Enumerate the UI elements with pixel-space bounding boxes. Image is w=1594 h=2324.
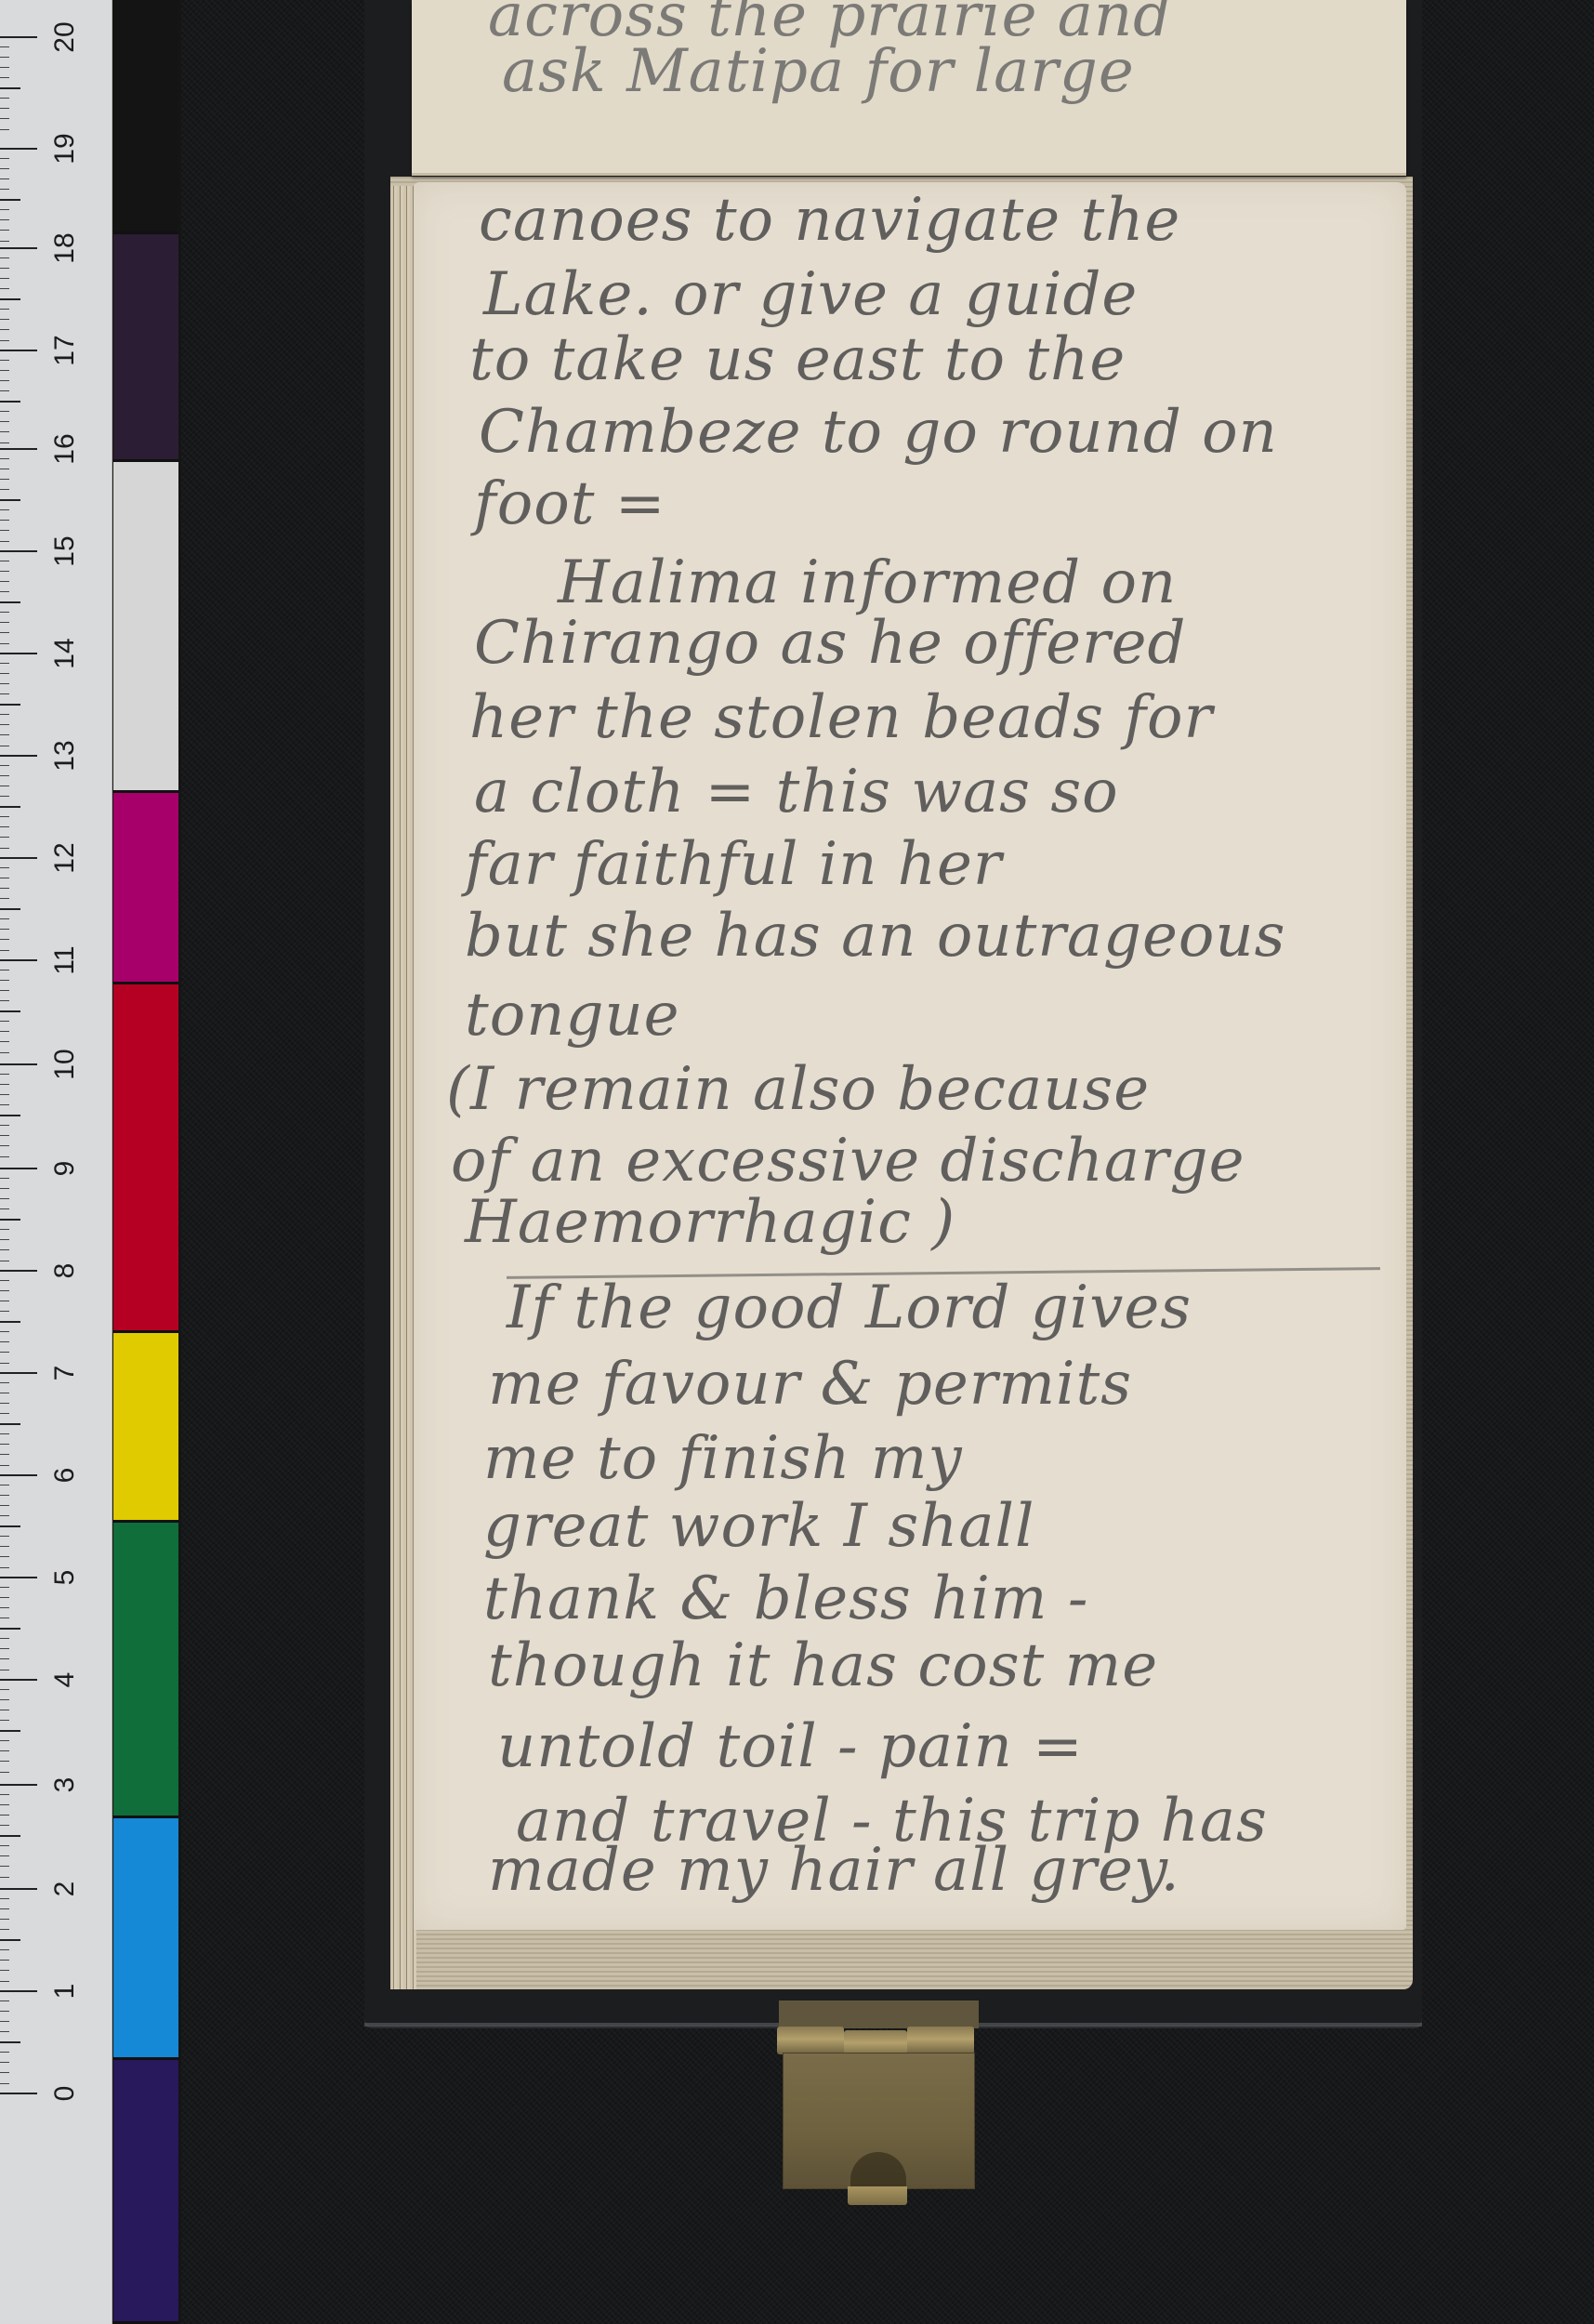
- ruler-mm-tick: [0, 1156, 9, 1157]
- ruler-mm-tick: [0, 1444, 9, 1445]
- ruler-half-tick: [0, 806, 20, 808]
- ruler-mm-tick: [0, 765, 9, 766]
- ruler-mm-tick: [0, 1000, 9, 1001]
- ruler-major-tick: [0, 2093, 37, 2094]
- ruler-mm-tick: [0, 241, 9, 242]
- ruler-mm-tick: [0, 1505, 9, 1506]
- ruler-mm-tick: [0, 2021, 9, 2022]
- ruler-major-tick: [0, 550, 37, 552]
- ruler-major-tick: [0, 1577, 37, 1578]
- ruler-mm-tick: [0, 1403, 9, 1404]
- handwritten-line: far faithful in her: [465, 830, 1002, 899]
- ruler-mm-tick: [0, 663, 9, 664]
- ruler-mm-tick: [0, 746, 9, 746]
- ruler-major-tick: [0, 755, 37, 757]
- ruler-mm-tick: [0, 970, 9, 971]
- ruler-mm-tick: [0, 734, 9, 735]
- ruler-mm-tick: [0, 541, 9, 542]
- ruler-major-tick: [0, 148, 37, 150]
- ruler-mm-tick: [0, 168, 9, 169]
- ruler-mm-tick: [0, 1208, 9, 1209]
- ruler-mm-tick: [0, 950, 9, 951]
- ruler-mm-tick: [0, 1898, 9, 1899]
- ruler-mm-tick: [0, 837, 9, 838]
- ruler-mm-tick: [0, 1104, 9, 1105]
- ruler-mm-tick: [0, 1740, 9, 1741]
- ruler-half-tick: [0, 1010, 20, 1012]
- ruler-half-tick: [0, 601, 20, 603]
- ruler-mm-tick: [0, 622, 9, 623]
- ruler-mm-tick: [0, 230, 9, 231]
- ruler-mm-tick: [0, 1465, 9, 1466]
- ruler-mm-tick: [0, 2072, 9, 2073]
- ruler-mm-tick: [0, 1720, 9, 1721]
- ruler-mm-tick: [0, 108, 9, 109]
- color-swatch-green: [113, 1523, 178, 1818]
- handwritten-line: to take us east to the: [469, 325, 1126, 394]
- ruler-major-tick: [0, 1270, 37, 1272]
- ruler-major-tick: [0, 653, 37, 654]
- ruler-major-tick: [0, 1474, 37, 1476]
- ruler-mm-tick: [0, 643, 9, 644]
- ruler-mm-tick: [0, 268, 9, 269]
- ruler-mm-tick: [0, 1567, 9, 1568]
- ruler-mm-tick: [0, 288, 9, 289]
- ruler-mm-tick: [0, 257, 9, 258]
- ruler-mm-tick: [0, 2031, 9, 2032]
- ruler-half-tick: [0, 87, 20, 89]
- ruler-mm-tick: [0, 683, 9, 684]
- ruler-mm-tick: [0, 209, 9, 210]
- ruler-mm-tick: [0, 411, 9, 412]
- ruler-mm-tick: [0, 1587, 9, 1588]
- ruler-major-tick: [0, 1063, 37, 1065]
- ruler-major-tick: [0, 1679, 37, 1681]
- page-stack-left-edges: [390, 186, 416, 1989]
- ruler-mm-tick: [0, 1804, 9, 1805]
- ruler-mm-tick: [0, 530, 9, 531]
- ruler-major-tick: [0, 247, 37, 249]
- previous-page-handwritten-line: ask Matipa for large: [502, 37, 1135, 106]
- ruler-cm-label: 14: [46, 635, 84, 672]
- ruler-half-tick: [0, 298, 20, 300]
- ruler-mm-tick: [0, 1597, 9, 1598]
- handwritten-line: If the good Lord gives: [507, 1274, 1192, 1342]
- ruler-cm-label: 17: [46, 332, 84, 369]
- ruler-mm-tick: [0, 1845, 9, 1846]
- ruler-half-tick: [0, 1219, 20, 1221]
- handwritten-line: her the stolen beads for: [469, 683, 1213, 752]
- ruler-major-tick: [0, 350, 37, 351]
- ruler-cm-label: 15: [46, 533, 84, 570]
- ruler-mm-tick: [0, 1331, 9, 1332]
- ruler-mm-tick: [0, 178, 9, 179]
- handwritten-line: me favour & permits: [488, 1350, 1132, 1419]
- ruler-half-tick: [0, 1939, 20, 1941]
- ruler-mm-tick: [0, 898, 9, 899]
- color-swatch-violet: [113, 2060, 178, 2324]
- ruler-mm-tick: [0, 1710, 9, 1710]
- ruler-mm-tick: [0, 329, 9, 330]
- ruler-mm-tick: [0, 98, 9, 99]
- ruler-mm-tick: [0, 380, 9, 381]
- ruler-mm-tick: [0, 1648, 9, 1649]
- ruler-mm-tick: [0, 1515, 9, 1516]
- ruler-mm-tick: [0, 724, 9, 725]
- ruler-mm-tick: [0, 1919, 9, 1920]
- ruler-mm-tick: [0, 57, 9, 58]
- handwritten-line: but she has an outrageous: [465, 902, 1285, 971]
- ruler-half-tick: [0, 1321, 20, 1323]
- color-swatch-white: [113, 462, 178, 793]
- ruler-mm-tick: [0, 1229, 9, 1230]
- ruler-mm-tick: [0, 1145, 9, 1146]
- ruler-mm-tick: [0, 46, 9, 47]
- ruler-mm-tick: [0, 632, 9, 633]
- ruler-cm-label: 2: [46, 1870, 84, 1908]
- ruler-mm-tick: [0, 390, 9, 391]
- ruler-half-tick: [0, 1628, 20, 1630]
- color-swatch-cyan: [113, 1818, 178, 2060]
- ruler-mm-tick: [0, 918, 9, 919]
- handwritten-line: of an excessive discharge: [451, 1127, 1245, 1195]
- ruler-mm-tick: [0, 796, 9, 797]
- ruler-half-tick: [0, 401, 20, 403]
- ruler-cm-label: 20: [46, 19, 84, 56]
- ruler-mm-tick: [0, 1074, 9, 1075]
- ruler-mm-tick: [0, 1607, 9, 1608]
- ruler-mm-tick: [0, 2052, 9, 2053]
- ruler-mm-tick: [0, 1970, 9, 1971]
- ruler-mm-tick: [0, 1352, 9, 1353]
- ruler-half-tick: [0, 1730, 20, 1732]
- ruler-mm-tick: [0, 888, 9, 889]
- ruler-mm-tick: [0, 1750, 9, 1751]
- ruler-mm-tick: [0, 867, 9, 868]
- ruler-major-tick: [0, 36, 37, 38]
- ruler-mm-tick: [0, 980, 9, 981]
- ruler-mm-tick: [0, 1699, 9, 1700]
- ruler-half-tick: [0, 1423, 20, 1425]
- ruler-mm-tick: [0, 561, 9, 561]
- ruler-mm-tick: [0, 509, 9, 510]
- handwritten-line: Haemorrhagic ): [465, 1188, 955, 1257]
- ruler-cm-label: 10: [46, 1046, 84, 1083]
- ruler-mm-tick: [0, 1382, 9, 1383]
- ruler-mm-tick: [0, 1866, 9, 1867]
- ruler-mm-tick: [0, 1041, 9, 1042]
- ruler-mm-tick: [0, 278, 9, 279]
- ruler-mm-tick: [0, 786, 9, 786]
- handwritten-line: thank & bless him -: [483, 1565, 1088, 1633]
- handwritten-line: Halima informed on: [558, 548, 1177, 617]
- ruler-cm-label: 6: [46, 1457, 84, 1494]
- ruler-half-tick: [0, 2041, 20, 2043]
- ruler-mm-tick: [0, 929, 9, 930]
- ruler-mm-tick: [0, 1363, 9, 1364]
- ruler-cm-label: 12: [46, 839, 84, 877]
- ruler-mm-tick: [0, 431, 9, 432]
- ruler-mm-tick: [0, 479, 9, 480]
- ruler-mm-tick: [0, 1198, 9, 1199]
- ruler-cm-label: 11: [46, 942, 84, 979]
- handwritten-line: Chirango as he offered: [474, 609, 1186, 678]
- ruler-half-tick: [0, 704, 20, 706]
- ruler-mm-tick: [0, 1280, 9, 1281]
- ruler-mm-tick: [0, 129, 9, 130]
- ruler-mm-tick: [0, 489, 9, 490]
- ruler-cm-label: 16: [46, 430, 84, 468]
- handwritten-line: me to finish my: [483, 1424, 963, 1493]
- handwritten-line: Lake. or give a guide: [483, 260, 1138, 329]
- handwritten-line: tongue: [465, 981, 680, 1050]
- ruler-mm-tick: [0, 1949, 9, 1950]
- ruler-mm-tick: [0, 1960, 9, 1961]
- ruler-mm-tick: [0, 370, 9, 371]
- ruler-mm-tick: [0, 581, 9, 582]
- ruler-major-tick: [0, 1168, 37, 1169]
- clasp-hinge-left: [777, 2027, 844, 2054]
- handwritten-line: foot =: [474, 469, 665, 538]
- ruler-mm-tick: [0, 469, 9, 469]
- ruler-cm-label: 18: [46, 230, 84, 267]
- ruler-mm-tick: [0, 1413, 9, 1414]
- ruler-mm-tick: [0, 571, 9, 572]
- ruler-mm-tick: [0, 1638, 9, 1639]
- handwritten-line: a cloth = this was so: [474, 758, 1119, 826]
- ruler-mm-tick: [0, 2062, 9, 2063]
- ruler-mm-tick: [0, 1670, 9, 1670]
- ruler-mm-tick: [0, 1125, 9, 1126]
- ruler-mm-tick: [0, 1135, 9, 1136]
- ruler-mm-tick: [0, 2011, 9, 2012]
- ruler-mm-tick: [0, 1249, 9, 1250]
- ruler-half-tick: [0, 499, 20, 501]
- ruler-mm-tick: [0, 1761, 9, 1762]
- ruler-mm-tick: [0, 1188, 9, 1189]
- ruler-major-tick: [0, 1888, 37, 1890]
- ruler-cm-label: 13: [46, 737, 84, 774]
- ruler-mm-tick: [0, 458, 9, 459]
- handwritten-line: though it has cost me: [488, 1631, 1158, 1700]
- ruler-mm-tick: [0, 520, 9, 521]
- ruler-mm-tick: [0, 1021, 9, 1022]
- ruler-mm-tick: [0, 1815, 9, 1816]
- ruler-mm-tick: [0, 816, 9, 817]
- ruler-major-tick: [0, 1372, 37, 1374]
- clasp-base: [779, 2000, 979, 2028]
- ruler-cm-label: 19: [46, 130, 84, 167]
- ruler-mm-tick: [0, 1794, 9, 1795]
- ruler-mm-tick: [0, 360, 9, 361]
- ruler-mm-tick: [0, 158, 9, 159]
- ruler-mm-tick: [0, 1772, 9, 1773]
- ruler-mm-tick: [0, 848, 9, 849]
- ruler-mm-tick: [0, 77, 9, 78]
- ruler-mm-tick: [0, 1536, 9, 1537]
- ruler-mm-tick: [0, 1825, 9, 1826]
- ruler-mm-tick: [0, 2083, 9, 2084]
- ruler-mm-tick: [0, 1658, 9, 1659]
- ruler-mm-tick: [0, 1546, 9, 1547]
- ruler-mm-tick: [0, 878, 9, 878]
- color-swatch-black: [113, 0, 178, 234]
- ruler-cm-label: 5: [46, 1559, 84, 1596]
- ruler-mm-tick: [0, 1341, 9, 1342]
- ruler-mm-tick: [0, 1454, 9, 1455]
- color-swatch-dark-purple: [113, 234, 178, 462]
- ruler-mm-tick: [0, 693, 9, 694]
- ruler-mm-tick: [0, 1239, 9, 1240]
- ruler-mm-tick: [0, 421, 9, 422]
- ruler-mm-tick: [0, 1485, 9, 1486]
- ruler-mm-tick: [0, 219, 9, 220]
- ruler-mm-tick: [0, 1031, 9, 1032]
- ruler-cm-label: 0: [46, 2075, 84, 2112]
- ruler-cm-label: 9: [46, 1150, 84, 1187]
- ruler-half-tick: [0, 908, 20, 910]
- ruler-mm-tick: [0, 1393, 9, 1393]
- handwritten-line: canoes to navigate the: [479, 186, 1180, 255]
- ruler-half-tick: [0, 1115, 20, 1116]
- clasp-hinge-right: [907, 2027, 974, 2054]
- ruler-cm-label: 8: [46, 1252, 84, 1289]
- ruler-mm-tick: [0, 990, 9, 991]
- ruler-mm-tick: [0, 1908, 9, 1909]
- ruler-mm-tick: [0, 673, 9, 674]
- ruler-mm-tick: [0, 612, 9, 613]
- ruler-mm-tick: [0, 591, 9, 592]
- ruler-mm-tick: [0, 67, 9, 68]
- ruler-mm-tick: [0, 1877, 9, 1878]
- ruler-cm-label: 1: [46, 1973, 84, 2010]
- ruler-cm-label: 7: [46, 1354, 84, 1392]
- handwritten-line: made my hair all grey.: [488, 1836, 1180, 1905]
- scale-ruler: 20191817161514131211109876543210: [0, 0, 112, 2324]
- ruler-mm-tick: [0, 1981, 9, 1982]
- ruler-mm-tick: [0, 1855, 9, 1856]
- ruler-major-tick: [0, 959, 37, 961]
- ruler-mm-tick: [0, 2000, 9, 2001]
- ruler-half-tick: [0, 1835, 20, 1837]
- handwritten-line: Chambeze to go round on: [479, 398, 1278, 467]
- ruler-major-tick: [0, 857, 37, 859]
- ruler-mm-tick: [0, 1495, 9, 1496]
- ruler-mm-tick: [0, 1178, 9, 1179]
- ruler-mm-tick: [0, 939, 9, 940]
- ruler-mm-tick: [0, 1261, 9, 1261]
- ruler-mm-tick: [0, 1084, 9, 1085]
- ruler-half-tick: [0, 1525, 20, 1527]
- handwritten-line: untold toil - pain =: [497, 1712, 1084, 1781]
- ruler-mm-tick: [0, 1618, 9, 1618]
- ruler-major-tick: [0, 1784, 37, 1786]
- ruler-mm-tick: [0, 1433, 9, 1434]
- ruler-cm-label: 3: [46, 1766, 84, 1803]
- ruler-mm-tick: [0, 118, 9, 119]
- color-swatch-magenta: [113, 793, 178, 984]
- ruler-mm-tick: [0, 775, 9, 776]
- ruler-mm-tick: [0, 189, 9, 190]
- ruler-mm-tick: [0, 1301, 9, 1301]
- ruler-half-tick: [0, 199, 20, 201]
- color-swatch-red: [113, 984, 178, 1333]
- ruler-major-tick: [0, 1990, 37, 1992]
- handwritten-line: great work I shall: [483, 1492, 1034, 1561]
- ruler-mm-tick: [0, 1689, 9, 1690]
- ruler-mm-tick: [0, 442, 9, 443]
- handwritten-line: (I remain also because: [446, 1055, 1150, 1124]
- ruler-mm-tick: [0, 826, 9, 827]
- ruler-mm-tick: [0, 1929, 9, 1930]
- ruler-major-tick: [0, 448, 37, 450]
- ruler-mm-tick: [0, 714, 9, 715]
- ruler-mm-tick: [0, 1556, 9, 1557]
- ruler-mm-tick: [0, 319, 9, 320]
- ruler-mm-tick: [0, 1290, 9, 1291]
- ruler-mm-tick: [0, 1311, 9, 1312]
- ruler-mm-tick: [0, 1094, 9, 1095]
- brass-clasp-tab[interactable]: [848, 2186, 907, 2205]
- color-swatch-yellow: [113, 1333, 178, 1523]
- ruler-mm-tick: [0, 340, 9, 341]
- ruler-mm-tick: [0, 309, 9, 310]
- ruler-mm-tick: [0, 1052, 9, 1053]
- ruler-cm-label: 4: [46, 1661, 84, 1698]
